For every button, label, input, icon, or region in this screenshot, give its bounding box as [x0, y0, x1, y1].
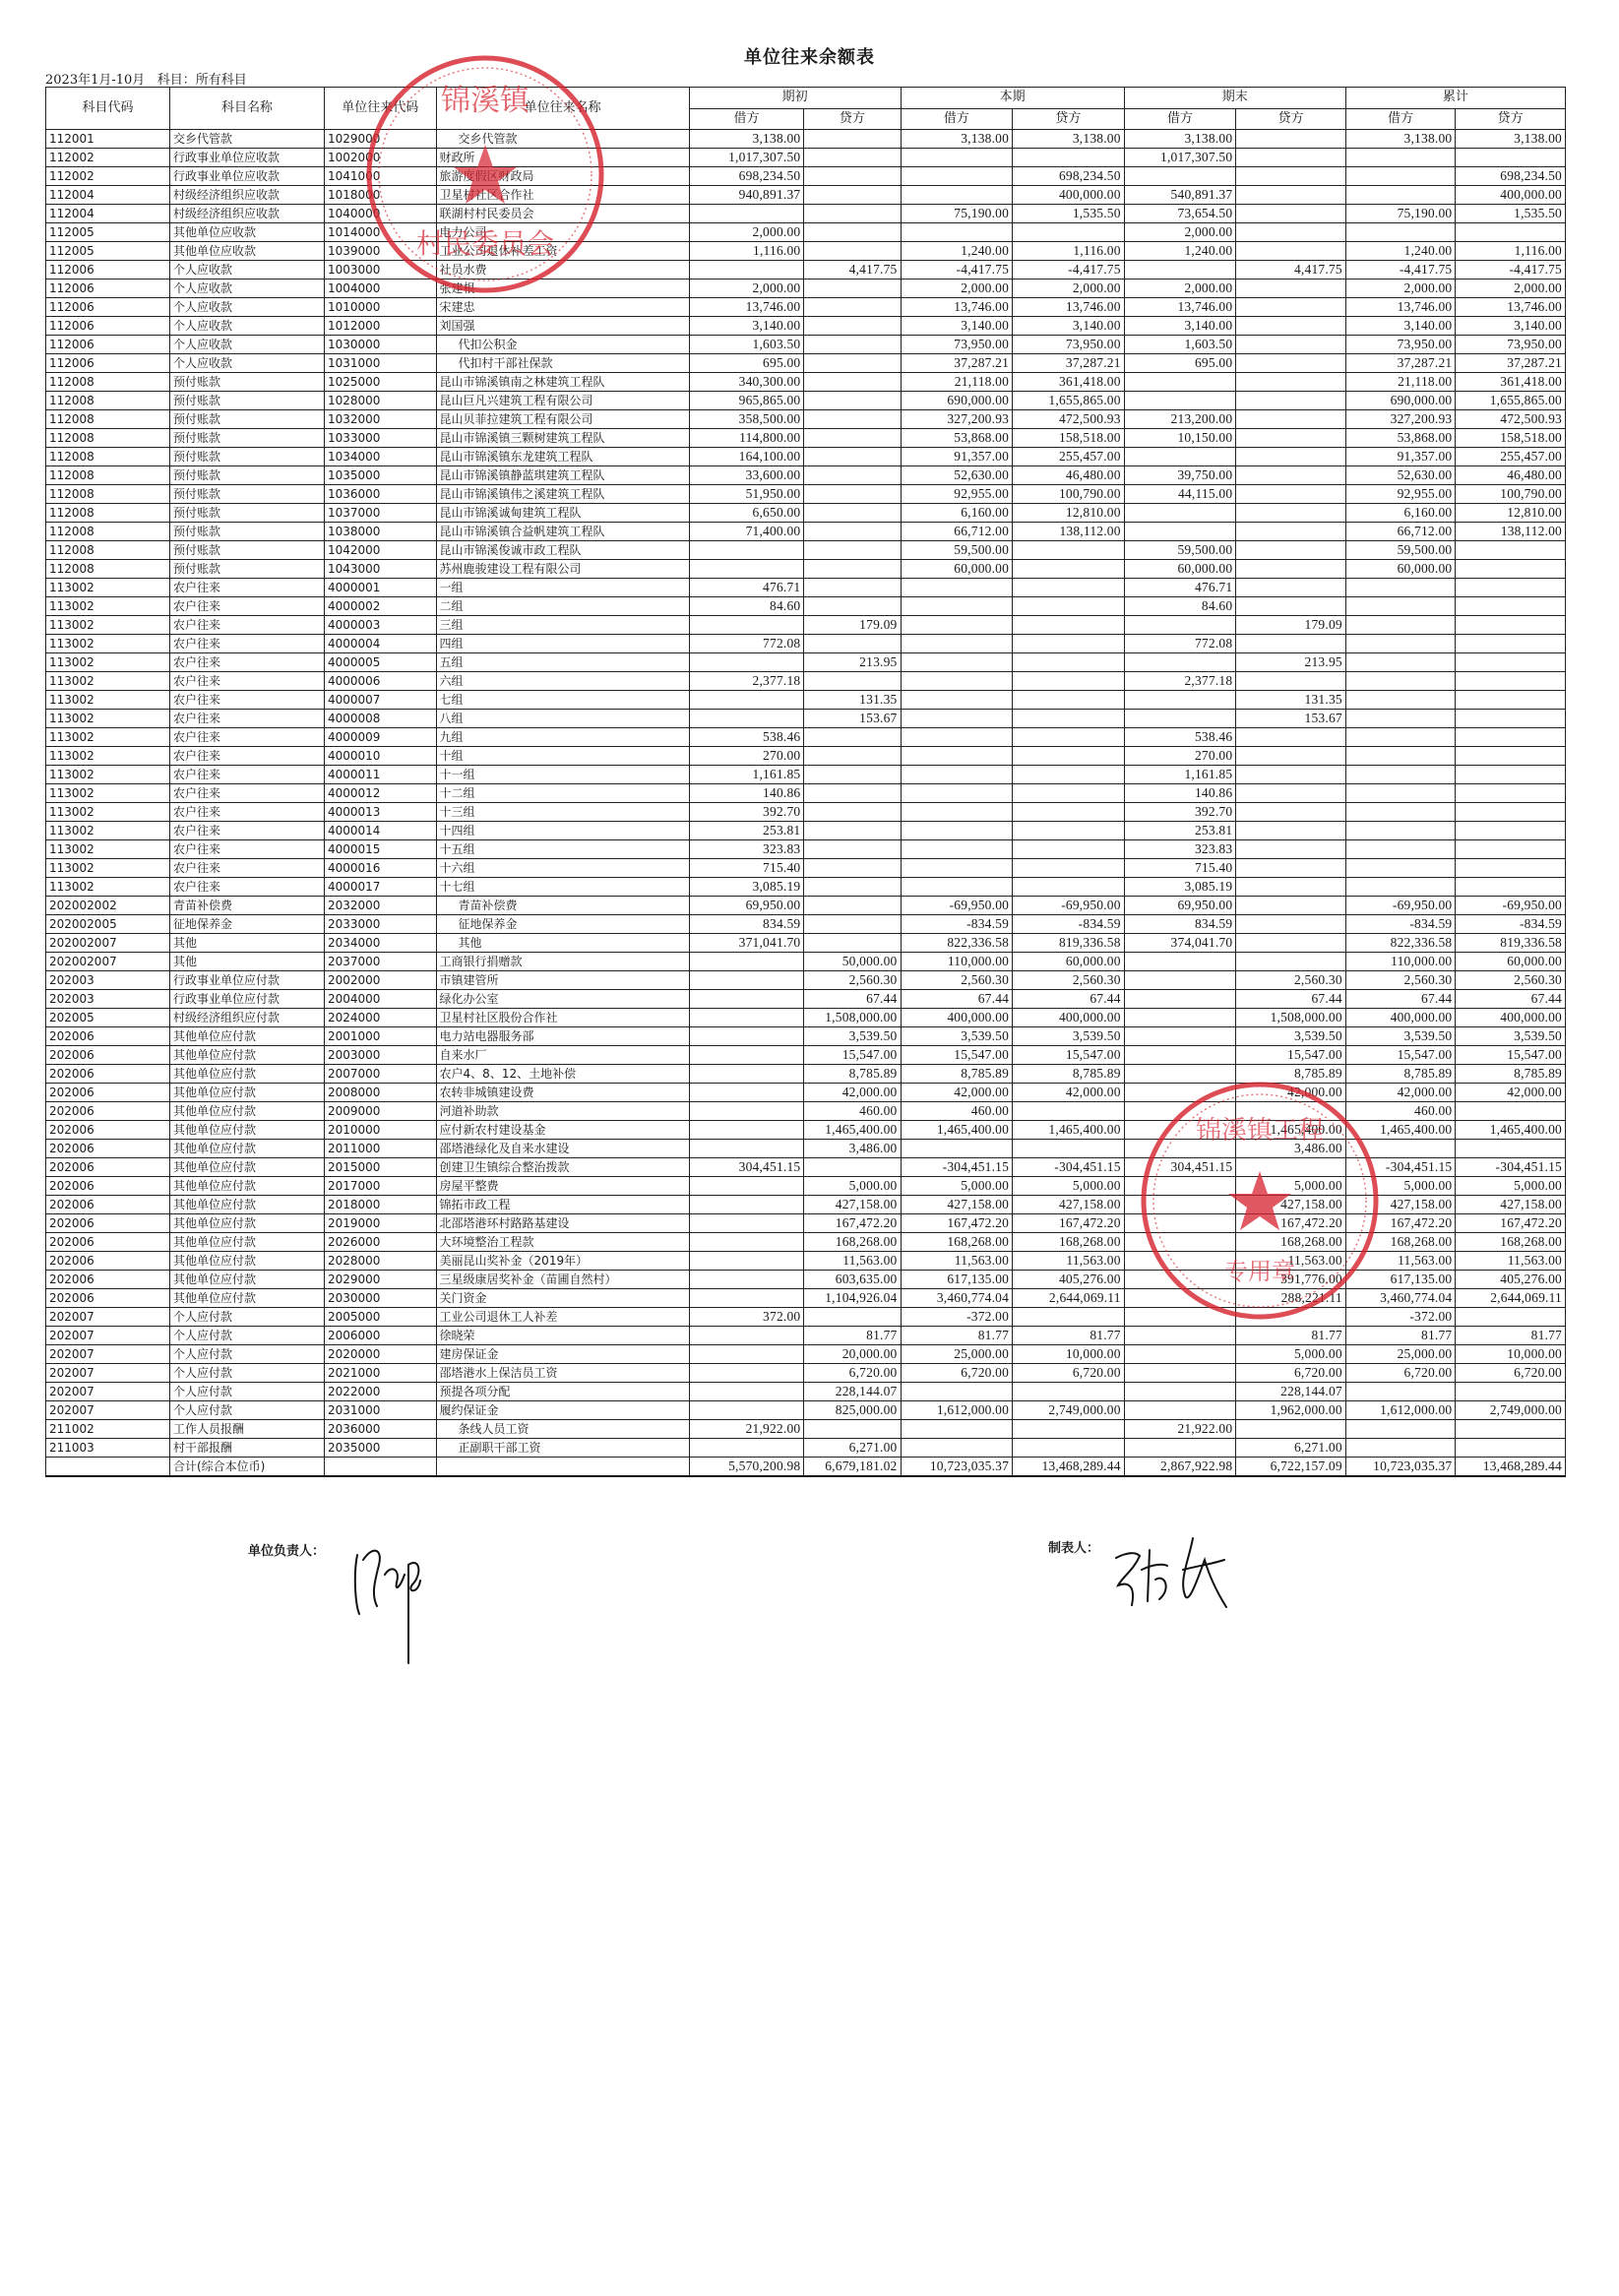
total-opening-debit: 5,570,200.98 [689, 1458, 804, 1477]
subject-name: 预付账款 [169, 504, 324, 523]
current-debit: 400,000.00 [901, 1009, 1013, 1027]
cumulative-credit: 819,336.58 [1456, 934, 1566, 953]
unit-code: 2001000 [324, 1027, 436, 1046]
opening-credit: 179.09 [804, 616, 901, 635]
subject-name: 个人应付款 [169, 1401, 324, 1420]
closing-debit [1124, 1196, 1236, 1214]
unit-code: 4000006 [324, 672, 436, 691]
current-credit: 1,116.00 [1013, 242, 1125, 261]
unit-name: 工商银行捐赠款 [436, 953, 689, 971]
cumulative-credit: 1,535.50 [1456, 205, 1566, 223]
subject-name: 其他单位应付款 [169, 1140, 324, 1158]
opening-credit [804, 392, 901, 410]
cumulative-credit: 60,000.00 [1456, 953, 1566, 971]
subject-name: 个人应付款 [169, 1308, 324, 1327]
cumulative-credit [1456, 635, 1566, 653]
opening-debit [689, 691, 804, 710]
cumulative-debit: 1,465,400.00 [1345, 1121, 1456, 1140]
opening-credit: 1,104,926.04 [804, 1289, 901, 1308]
current-debit: 21,118.00 [901, 373, 1013, 392]
cumulative-credit [1456, 1102, 1566, 1121]
opening-credit [804, 448, 901, 466]
preparer-label: 制表人： [1048, 1537, 1099, 1556]
cumulative-debit: 5,000.00 [1345, 1177, 1456, 1196]
subject-code: 202005 [46, 1009, 170, 1027]
subject-name: 预付账款 [169, 429, 324, 448]
current-credit: 60,000.00 [1013, 953, 1125, 971]
opening-credit [804, 485, 901, 504]
unit-name: 四组 [436, 635, 689, 653]
subject-code: 202007 [46, 1327, 170, 1345]
cumulative-credit: -69,950.00 [1456, 897, 1566, 915]
current-credit: 168,268.00 [1013, 1233, 1125, 1252]
table-row: 113002农户往来4000008八组153.67153.67 [46, 710, 1566, 728]
opening-debit [689, 1009, 804, 1027]
closing-debit: 39,750.00 [1124, 466, 1236, 485]
current-debit: 1,240.00 [901, 242, 1013, 261]
cumulative-credit: 12,810.00 [1456, 504, 1566, 523]
unit-code: 1041000 [324, 167, 436, 186]
cumulative-debit [1345, 597, 1456, 616]
subject-code: 113002 [46, 579, 170, 597]
unit-code: 1040000 [324, 205, 436, 223]
closing-debit [1124, 1252, 1236, 1271]
current-credit: 405,276.00 [1013, 1271, 1125, 1289]
cumulative-debit: 1,612,000.00 [1345, 1401, 1456, 1420]
closing-debit [1124, 504, 1236, 523]
opening-credit [804, 728, 901, 747]
subject-code: 112006 [46, 354, 170, 373]
opening-debit [689, 1439, 804, 1458]
closing-debit [1124, 1177, 1236, 1196]
unit-name: 邵塔港绿化及自来水建设 [436, 1140, 689, 1158]
cumulative-credit: 2,644,069.11 [1456, 1289, 1566, 1308]
opening-credit [804, 878, 901, 897]
cumulative-debit [1345, 1420, 1456, 1439]
table-row: 112008预付账款1032000昆山贝菲拉建筑工程有限公司358,500.00… [46, 410, 1566, 429]
closing-debit [1124, 691, 1236, 710]
cumulative-debit [1345, 728, 1456, 747]
closing-credit: 2,560.30 [1236, 971, 1346, 990]
current-debit: 6,160.00 [901, 504, 1013, 523]
cumulative-credit: 1,116.00 [1456, 242, 1566, 261]
current-debit [901, 149, 1013, 167]
unit-name: 苏州鹿骏建设工程有限公司 [436, 560, 689, 579]
table-row: 112006个人应收款1003000社员水费4,417.75-4,417.75-… [46, 261, 1566, 279]
cumulative-debit: 690,000.00 [1345, 392, 1456, 410]
subject-name: 其他单位应付款 [169, 1084, 324, 1102]
closing-debit [1124, 971, 1236, 990]
table-row: 112005其他单位应收款1014000电力公司2,000.002,000.00 [46, 223, 1566, 242]
unit-name: 十组 [436, 747, 689, 766]
opening-credit: 3,539.50 [804, 1027, 901, 1046]
unit-code: 2018000 [324, 1196, 436, 1214]
cumulative-debit [1345, 579, 1456, 597]
opening-debit: 698,234.50 [689, 167, 804, 186]
closing-credit [1236, 429, 1346, 448]
current-credit [1013, 691, 1125, 710]
total-cumulative-debit: 10,723,035.37 [1345, 1458, 1456, 1477]
opening-debit [689, 1140, 804, 1158]
subject-name: 个人应付款 [169, 1383, 324, 1401]
opening-credit [804, 1158, 901, 1177]
cumulative-credit [1456, 710, 1566, 728]
current-credit: 400,000.00 [1013, 186, 1125, 205]
opening-debit: 940,891.37 [689, 186, 804, 205]
cumulative-credit [1456, 653, 1566, 672]
total-opening-credit: 6,679,181.02 [804, 1458, 901, 1477]
header-credit: 贷方 [1456, 108, 1566, 130]
closing-credit [1236, 878, 1346, 897]
unit-code: 2007000 [324, 1065, 436, 1084]
opening-credit [804, 373, 901, 392]
table-row: 202006其他单位应付款2007000农户4、8、12、土地补偿8,785.8… [46, 1065, 1566, 1084]
table-row: 112008预付账款1043000苏州鹿骏建设工程有限公司60,000.0060… [46, 560, 1566, 579]
closing-debit: 304,451.15 [1124, 1158, 1236, 1177]
table-row: 112008预付账款1036000昆山市锦溪镇伟之溪建筑工程队51,950.00… [46, 485, 1566, 504]
table-row: 202002005征地保养金2033000征地保养金834.59-834.59-… [46, 915, 1566, 934]
closing-debit [1124, 616, 1236, 635]
closing-credit: 1,508,000.00 [1236, 1009, 1346, 1027]
subject-code: 112004 [46, 186, 170, 205]
closing-debit [1124, 261, 1236, 279]
subject-name: 农户往来 [169, 710, 324, 728]
table-row: 202006其他单位应付款2029000三星级康居奖补金（苗圃自然村）603,6… [46, 1271, 1566, 1289]
subject-code: 112008 [46, 466, 170, 485]
opening-debit [689, 1214, 804, 1233]
closing-credit: 5,000.00 [1236, 1345, 1346, 1364]
unit-name: 建房保证金 [436, 1345, 689, 1364]
unit-name: 十三组 [436, 803, 689, 822]
unit-code: 1042000 [324, 541, 436, 560]
table-row: 202006其他单位应付款2019000北邵塔港环村路路基建设167,472.2… [46, 1214, 1566, 1233]
opening-debit: 3,085.19 [689, 878, 804, 897]
table-row: 112001交乡代管款1029000交乡代管款3,138.003,138.003… [46, 130, 1566, 149]
unit-name: 张建根 [436, 279, 689, 298]
opening-debit [689, 653, 804, 672]
unit-name: 七组 [436, 691, 689, 710]
closing-debit: 60,000.00 [1124, 560, 1236, 579]
opening-debit: 371,041.70 [689, 934, 804, 953]
current-debit [901, 859, 1013, 878]
opening-credit [804, 560, 901, 579]
table-row: 202006其他单位应付款2003000自来水厂15,547.0015,547.… [46, 1046, 1566, 1065]
cumulative-debit: 8,785.89 [1345, 1065, 1456, 1084]
closing-credit [1236, 149, 1346, 167]
unit-code: 1028000 [324, 392, 436, 410]
table-row: 202006其他单位应付款2018000锦拓市政工程427,158.00427,… [46, 1196, 1566, 1214]
opening-credit [804, 1308, 901, 1327]
subject-name: 青苗补偿费 [169, 897, 324, 915]
opening-debit [689, 1233, 804, 1252]
subject-code: 113002 [46, 803, 170, 822]
current-credit [1013, 1102, 1125, 1121]
subject-code: 202006 [46, 1158, 170, 1177]
cumulative-credit: -304,451.15 [1456, 1158, 1566, 1177]
unit-code: 2020000 [324, 1345, 436, 1364]
subject-name: 其他单位应付款 [169, 1027, 324, 1046]
opening-credit: 20,000.00 [804, 1345, 901, 1364]
unit-code: 2002000 [324, 971, 436, 990]
table-row: 202006其他单位应付款2015000创建卫生镇综合整治拨款304,451.1… [46, 1158, 1566, 1177]
unit-code: 2019000 [324, 1214, 436, 1233]
total-cumulative-credit: 13,468,289.44 [1456, 1458, 1566, 1477]
subject-code: 112008 [46, 410, 170, 429]
current-debit [901, 747, 1013, 766]
table-row: 202006其他单位应付款2011000邵塔港绿化及自来水建设3,486.003… [46, 1140, 1566, 1158]
unit-code: 2034000 [324, 934, 436, 953]
cumulative-credit: 3,539.50 [1456, 1027, 1566, 1046]
cumulative-debit: 15,547.00 [1345, 1046, 1456, 1065]
unit-name: 应付新农村建设基金 [436, 1121, 689, 1140]
table-row: 202003行政事业单位应付款2004000绿化办公室67.4467.4467.… [46, 990, 1566, 1009]
opening-credit [804, 130, 901, 149]
current-credit: 819,336.58 [1013, 934, 1125, 953]
cumulative-credit: 3,140.00 [1456, 317, 1566, 336]
unit-name: 昆山市锦溪镇伟之溪建筑工程队 [436, 485, 689, 504]
cumulative-debit [1345, 859, 1456, 878]
opening-debit: 84.60 [689, 597, 804, 616]
unit-code: 2026000 [324, 1233, 436, 1252]
table-row: 202007个人应付款2020000建房保证金20,000.0025,000.0… [46, 1345, 1566, 1364]
current-debit [901, 784, 1013, 803]
subject-name: 其他单位应付款 [169, 1158, 324, 1177]
opening-debit [689, 616, 804, 635]
subject-code: 202006 [46, 1102, 170, 1121]
closing-credit: 213.95 [1236, 653, 1346, 672]
unit-code: 2005000 [324, 1308, 436, 1327]
subject-name: 个人应收款 [169, 354, 324, 373]
cumulative-credit: 10,000.00 [1456, 1345, 1566, 1364]
cumulative-debit: 59,500.00 [1345, 541, 1456, 560]
opening-credit [804, 410, 901, 429]
unit-code: 4000015 [324, 840, 436, 859]
cumulative-credit: 5,000.00 [1456, 1177, 1566, 1196]
unit-name: 三组 [436, 616, 689, 635]
opening-credit [804, 635, 901, 653]
subject-name: 个人应收款 [169, 336, 324, 354]
closing-credit [1236, 523, 1346, 541]
cumulative-debit [1345, 784, 1456, 803]
closing-credit [1236, 803, 1346, 822]
subject-code: 202007 [46, 1308, 170, 1327]
current-credit: -834.59 [1013, 915, 1125, 934]
closing-credit: 81.77 [1236, 1327, 1346, 1345]
opening-debit [689, 541, 804, 560]
unit-code: 1037000 [324, 504, 436, 523]
unit-name: 代扣公积金 [436, 336, 689, 354]
closing-debit: 1,603.50 [1124, 336, 1236, 354]
closing-debit [1124, 1233, 1236, 1252]
unit-code: 1029000 [324, 130, 436, 149]
unit-name: 市镇建管所 [436, 971, 689, 990]
cumulative-credit: 400,000.00 [1456, 1009, 1566, 1027]
opening-credit [804, 504, 901, 523]
current-debit [901, 1140, 1013, 1158]
current-credit: 2,749,000.00 [1013, 1401, 1125, 1420]
subject-name: 行政事业单位应付款 [169, 990, 324, 1009]
closing-credit: 4,417.75 [1236, 261, 1346, 279]
cumulative-debit [1345, 167, 1456, 186]
header-unit-name: 单位往来名称 [436, 88, 689, 130]
subject-code: 202006 [46, 1140, 170, 1158]
current-credit [1013, 1420, 1125, 1439]
current-credit [1013, 635, 1125, 653]
table-row: 112002行政事业单位应收款1041000旅游度假区财政局698,234.50… [46, 167, 1566, 186]
opening-debit: 164,100.00 [689, 448, 804, 466]
subject-code: 112008 [46, 448, 170, 466]
cumulative-credit [1456, 1140, 1566, 1158]
cumulative-debit: 37,287.21 [1345, 354, 1456, 373]
opening-debit: 715.40 [689, 859, 804, 878]
cumulative-debit: -834.59 [1345, 915, 1456, 934]
current-debit [901, 1420, 1013, 1439]
subject-code: 112006 [46, 261, 170, 279]
current-debit: 3,140.00 [901, 317, 1013, 336]
cumulative-debit [1345, 616, 1456, 635]
subject-name: 其他单位应付款 [169, 1177, 324, 1196]
opening-debit: 834.59 [689, 915, 804, 934]
cumulative-credit: 1,655,865.00 [1456, 392, 1566, 410]
opening-credit: 825,000.00 [804, 1401, 901, 1420]
unit-code: 2037000 [324, 953, 436, 971]
opening-debit [689, 1177, 804, 1196]
subject-name: 预付账款 [169, 466, 324, 485]
opening-debit: 476.71 [689, 579, 804, 597]
cumulative-debit: 13,746.00 [1345, 298, 1456, 317]
opening-debit: 1,603.50 [689, 336, 804, 354]
current-credit [1013, 653, 1125, 672]
total-blank [324, 1458, 436, 1477]
unit-name: 三星级康居奖补金（苗圃自然村） [436, 1271, 689, 1289]
unit-name: 青苗补偿费 [436, 897, 689, 915]
table-row: 112008预付账款1035000昆山市锦溪镇静蓝琪建筑工程队33,600.00… [46, 466, 1566, 485]
current-debit: 73,950.00 [901, 336, 1013, 354]
current-credit: -4,417.75 [1013, 261, 1125, 279]
closing-credit [1236, 766, 1346, 784]
unit-name: 昆山市锦溪镇合益帆建筑工程队 [436, 523, 689, 541]
current-debit: 2,000.00 [901, 279, 1013, 298]
subject-name: 个人应付款 [169, 1327, 324, 1345]
subject-code: 112004 [46, 205, 170, 223]
cumulative-debit: 617,135.00 [1345, 1271, 1456, 1289]
cumulative-debit: -4,417.75 [1345, 261, 1456, 279]
opening-credit [804, 336, 901, 354]
opening-credit: 167,472.20 [804, 1214, 901, 1233]
unit-name: 徐晓荣 [436, 1327, 689, 1345]
header-current: 本期 [901, 88, 1124, 109]
closing-debit: 2,000.00 [1124, 279, 1236, 298]
subject-name: 农户往来 [169, 691, 324, 710]
cumulative-debit: 3,140.00 [1345, 317, 1456, 336]
closing-debit: 140.86 [1124, 784, 1236, 803]
unit-name: 电力公司 [436, 223, 689, 242]
cumulative-credit: 168,268.00 [1456, 1233, 1566, 1252]
opening-debit: 51,950.00 [689, 485, 804, 504]
current-credit [1013, 840, 1125, 859]
subject-code: 202006 [46, 1177, 170, 1196]
current-credit [1013, 747, 1125, 766]
unit-name: 联湖村村民委员会 [436, 205, 689, 223]
current-debit: 42,000.00 [901, 1084, 1013, 1102]
unit-code: 1034000 [324, 448, 436, 466]
subject-code: 113002 [46, 616, 170, 635]
current-credit: 138,112.00 [1013, 523, 1125, 541]
subject-code: 202006 [46, 1065, 170, 1084]
subject-name: 其他单位应付款 [169, 1271, 324, 1289]
period: 2023年1月-10月 [45, 73, 145, 88]
current-credit: 8,785.89 [1013, 1065, 1125, 1084]
current-credit: 37,287.21 [1013, 354, 1125, 373]
subject-name: 其他单位应付款 [169, 1196, 324, 1214]
current-debit [901, 728, 1013, 747]
closing-credit [1236, 934, 1346, 953]
opening-credit: 15,547.00 [804, 1046, 901, 1065]
closing-credit: 6,720.00 [1236, 1364, 1346, 1383]
opening-credit: 81.77 [804, 1327, 901, 1345]
unit-code: 4000016 [324, 859, 436, 878]
cumulative-debit [1345, 1140, 1456, 1158]
opening-credit [804, 167, 901, 186]
table-row: 112008预付账款1025000昆山市锦溪镇南之林建筑工程队340,300.0… [46, 373, 1566, 392]
opening-debit [689, 953, 804, 971]
total-label: 合计(综合本位币) [169, 1458, 324, 1477]
table-row: 202006其他单位应付款2026000大环境整治工程款168,268.0016… [46, 1233, 1566, 1252]
cumulative-credit: 405,276.00 [1456, 1271, 1566, 1289]
subject-code: 202006 [46, 1196, 170, 1214]
subject-code: 113002 [46, 691, 170, 710]
current-credit: 5,000.00 [1013, 1177, 1125, 1196]
header-debit: 借方 [901, 108, 1013, 130]
opening-credit [804, 897, 901, 915]
subject-name: 农户往来 [169, 728, 324, 747]
subject-code: 112008 [46, 373, 170, 392]
current-credit [1013, 878, 1125, 897]
unit-name: 锦拓市政工程 [436, 1196, 689, 1214]
subject-name: 农户往来 [169, 840, 324, 859]
closing-debit: 21,922.00 [1124, 1420, 1236, 1439]
unit-code: 4000017 [324, 878, 436, 897]
total-blank [46, 1458, 170, 1477]
subject-code: 202006 [46, 1027, 170, 1046]
subject-code: 202007 [46, 1364, 170, 1383]
opening-debit: 340,300.00 [689, 373, 804, 392]
unit-name: 二组 [436, 597, 689, 616]
cumulative-debit [1345, 878, 1456, 897]
opening-credit [804, 541, 901, 560]
cumulative-credit: 46,480.00 [1456, 466, 1566, 485]
cumulative-debit: 2,560.30 [1345, 971, 1456, 990]
current-debit: 37,287.21 [901, 354, 1013, 373]
current-debit: 1,465,400.00 [901, 1121, 1013, 1140]
subject-name: 其他单位应付款 [169, 1121, 324, 1140]
closing-debit: 772.08 [1124, 635, 1236, 653]
cumulative-credit [1456, 1420, 1566, 1439]
cumulative-credit [1456, 766, 1566, 784]
subject-name: 行政事业单位应收款 [169, 167, 324, 186]
header-debit: 借方 [1124, 108, 1236, 130]
closing-debit [1124, 1009, 1236, 1027]
unit-code: 1025000 [324, 373, 436, 392]
subject-code: 113002 [46, 747, 170, 766]
current-debit: 3,138.00 [901, 130, 1013, 149]
opening-debit: 114,800.00 [689, 429, 804, 448]
cumulative-debit: 81.77 [1345, 1327, 1456, 1345]
current-debit [901, 822, 1013, 840]
opening-credit [804, 523, 901, 541]
table-row: 112006个人应收款1010000宋建忠13,746.0013,746.001… [46, 298, 1566, 317]
closing-credit [1236, 392, 1346, 410]
